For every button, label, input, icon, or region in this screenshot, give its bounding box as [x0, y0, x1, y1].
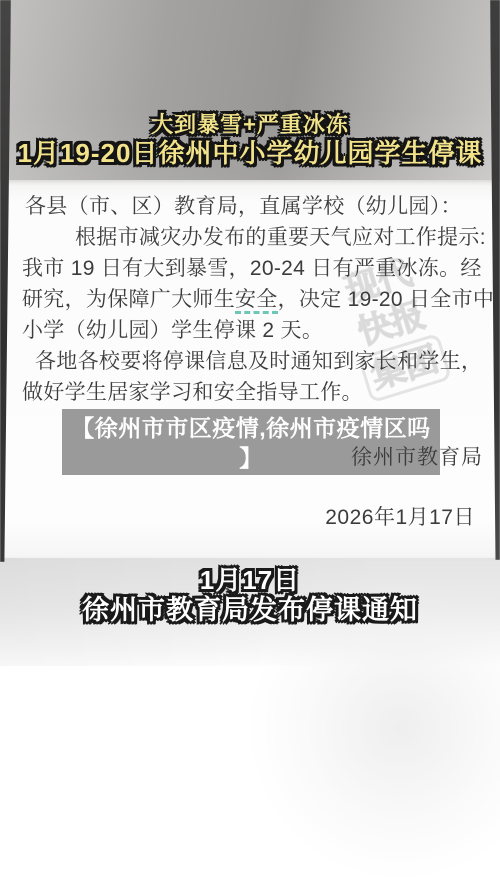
notice-line-7: 做好学生居家学习和安全指导工作。 [22, 377, 482, 408]
notice-line-5: 小学（幼儿园）学生停课 2 天。 [22, 315, 482, 346]
notice-line-6: 各地各校要将停课信息及时通知到家长和学生， [22, 346, 482, 377]
seo-caption-line-1: 【徐州市市区疫情,徐州市疫情区吗 [62, 413, 440, 443]
headline: 大到暴雪+严重冰冻 1月19-20日徐州中小学幼儿园学生停课 [0, 112, 500, 169]
notice-date: 2026年1月17日 [325, 501, 475, 531]
video-frame: 大到暴雪+严重冰冻 1月19-20日徐州中小学幼儿园学生停课 现代 快报 集团 … [0, 0, 500, 888]
headline-line-2: 1月19-20日徐州中小学幼儿园学生停课 [0, 138, 500, 169]
spellcheck-underline: 安全 [235, 288, 278, 314]
bottom-title-line-2: 徐州市教育局发布停课通知 [0, 595, 500, 626]
bottom-title-line-1: 1月17日 [0, 565, 500, 595]
notice-line-4: 研究，为保障广大师生安全，决定 19-20 日全市中 [22, 284, 482, 315]
notice-line-3: 我市 19 日有大到暴雪，20-24 日有严重冰冻。经 [22, 253, 482, 284]
headline-line-1: 大到暴雪+严重冰冻 [0, 112, 500, 138]
notice-line-2: 根据市减灾办发布的重要天气应对工作提示: [22, 222, 482, 253]
notice-body: 各县（市、区）教育局，直属学校（幼儿园）： 根据市减灾办发布的重要天气应对工作提… [22, 191, 482, 408]
notice-line-1: 各县（市、区）教育局，直属学校（幼儿园）： [22, 191, 482, 222]
issuer-signature: 徐州市教育局 [351, 441, 483, 471]
bottom-title: 1月17日 徐州市教育局发布停课通知 [0, 565, 500, 626]
